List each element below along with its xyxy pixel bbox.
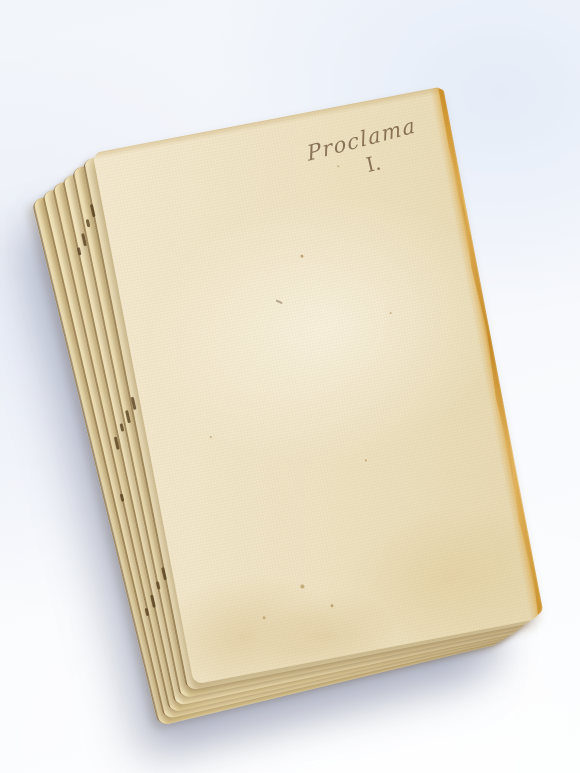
paper-speck xyxy=(330,604,334,608)
paper-speck xyxy=(337,165,339,167)
paper-speck xyxy=(365,459,367,461)
paper-speck xyxy=(300,584,305,589)
ink-fleck xyxy=(276,299,283,304)
photo-background: Proclama I. xyxy=(0,0,580,773)
paper-speck xyxy=(390,312,392,314)
paper-speck xyxy=(210,436,212,438)
manuscript-stack: Proclama I. xyxy=(92,86,543,684)
paper-speck xyxy=(300,254,304,258)
paper-speck xyxy=(262,616,266,620)
deckled-edge xyxy=(436,88,544,615)
